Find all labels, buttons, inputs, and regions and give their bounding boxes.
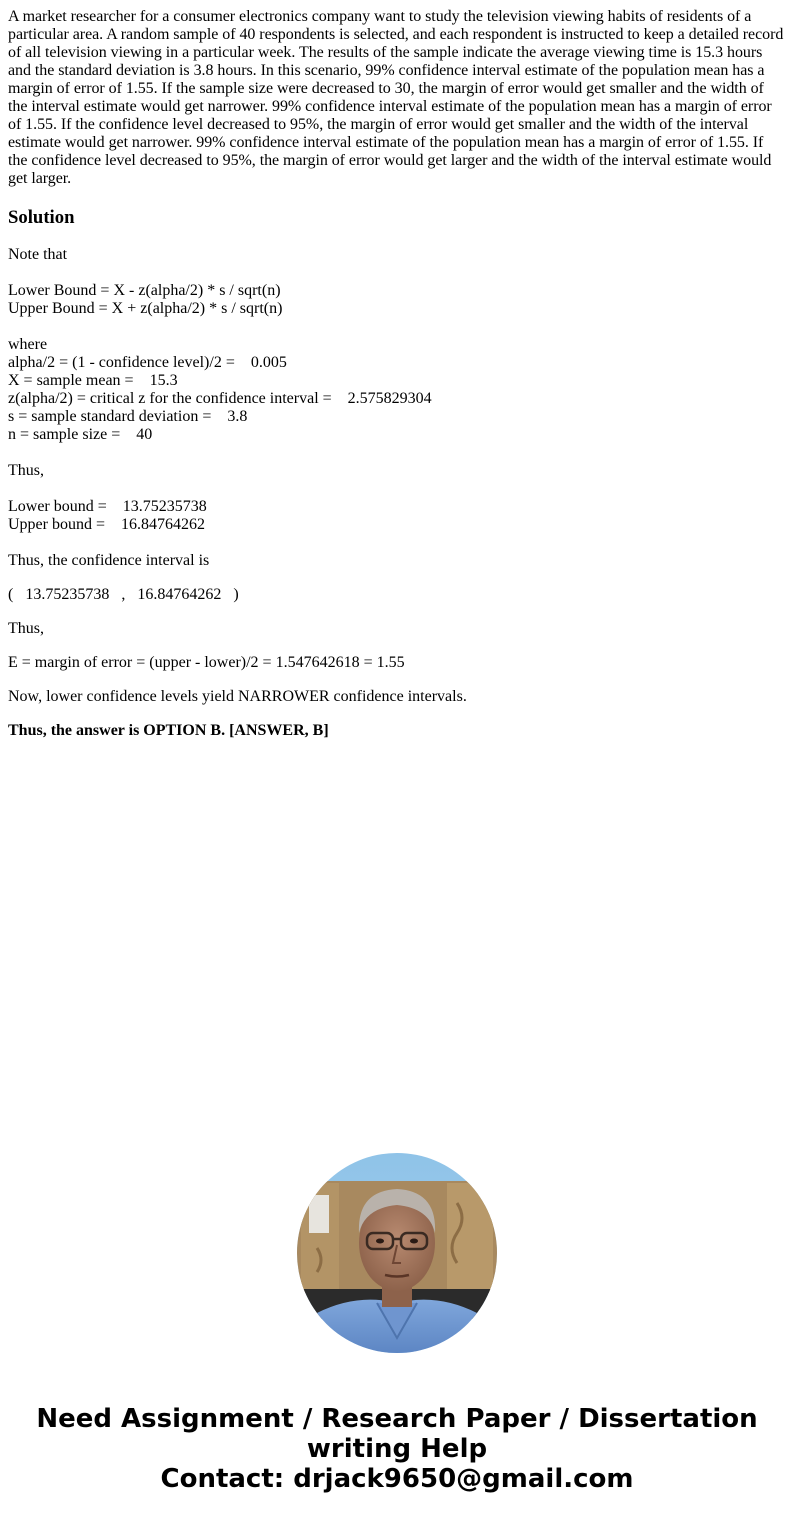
note-block: Note that Lower Bound = X - z(alpha/2) *… [8,246,786,570]
upper-bound-value: Upper bound = 16.84764262 [8,516,786,534]
promo-banner: Need Assignment / Research Paper / Disse… [0,1404,794,1494]
thus-label: Thus, [8,462,786,480]
conclusion-text: Now, lower confidence levels yield NARRO… [8,688,786,706]
interval-intro: Thus, the confidence interval is [8,552,786,570]
question-text: A market researcher for a consumer elect… [8,8,786,188]
promo-line-1: Need Assignment / Research Paper / Disse… [0,1404,794,1434]
document-body: A market researcher for a consumer elect… [8,8,786,740]
margin-of-error: E = margin of error = (upper - lower)/2 … [8,654,786,672]
author-avatar [297,1153,497,1353]
promo-contact: Contact: drjack9650@gmail.com [0,1464,794,1494]
confidence-interval: ( 13.75235738 , 16.84764262 ) [8,586,786,604]
mean-definition: X = sample mean = 15.3 [8,372,786,390]
where-label: where [8,336,786,354]
thus-label-2: Thus, [8,620,786,638]
alpha-definition: alpha/2 = (1 - confidence level)/2 = 0.0… [8,354,786,372]
sd-definition: s = sample standard deviation = 3.8 [8,408,786,426]
solution-heading: Solution [8,207,786,229]
note-text: Note that [8,246,786,264]
answer-text: Thus, the answer is OPTION B. [ANSWER, B… [8,722,786,740]
lower-bound-value: Lower bound = 13.75235738 [8,498,786,516]
person-photo-icon [297,1153,497,1353]
z-definition: z(alpha/2) = critical z for the confiden… [8,390,786,408]
promo-line-2: writing Help [0,1434,794,1464]
n-definition: n = sample size = 40 [8,426,786,444]
upper-bound-formula: Upper Bound = X + z(alpha/2) * s / sqrt(… [8,300,786,318]
lower-bound-formula: Lower Bound = X - z(alpha/2) * s / sqrt(… [8,282,786,300]
